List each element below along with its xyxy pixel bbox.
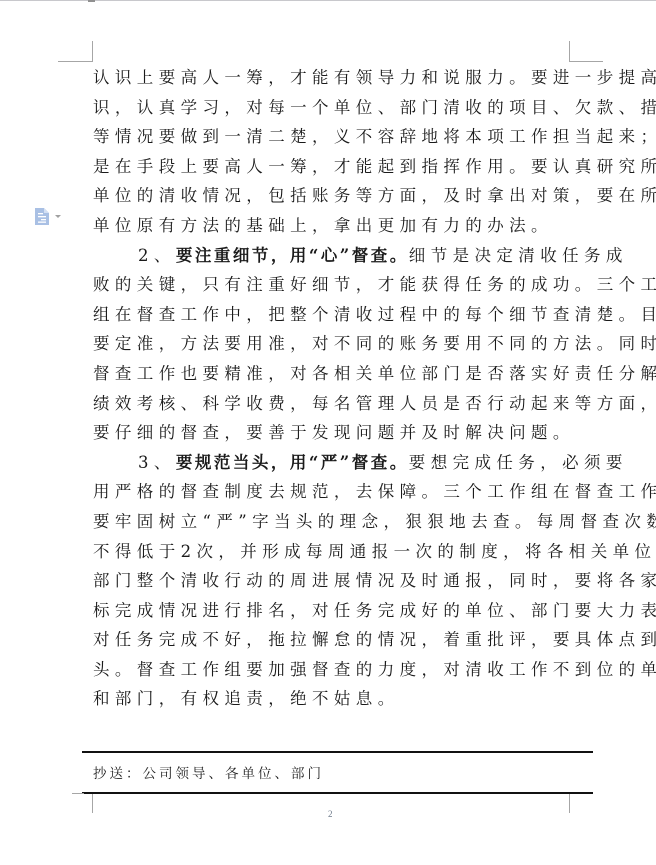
cc-top-rule [82,751,593,753]
text-line: 标完成情况进行排名，对任务完成好的单位、部门要大力表扬， [93,596,583,626]
text-line: 是在手段上要高人一筹，才能起到指挥作用。要认真研究所查 [93,152,583,182]
margin-corner-bottom-left-vertical [92,794,93,813]
text-line-first: 3、要规范当头，用“严”督查。要想完成任务，必须要 [93,448,583,478]
text-line: 单位原有方法的基础上，拿出更加有力的办法。 [93,211,583,241]
paragraph-2: 2、要注重细节，用“心”督查。细节是决定清收任务成 败的关键，只有注重好细节，才… [93,241,583,448]
text-line: 和部门，有权追责，绝不姑息。 [93,684,583,714]
paragraph-1: 认识上要高人一筹，才能有领导力和说服力。要进一步提高认 识，认真学习，对每一个单… [93,63,583,241]
text-line: 等情况要做到一清二楚，义不容辞地将本项工作担当起来；二 [93,122,583,152]
margin-corner-top-right-vertical [569,41,570,61]
text-line: 头。督查工作组要加强督查的力度，对清收工作不到位的单位 [93,655,583,685]
text-line: 识，认真学习，对每一个单位、部门清收的项目、欠款、措施 [93,93,583,123]
section-heading: 要规范当头，用“严”督查。 [176,453,409,472]
document-paste-options-icon[interactable] [35,208,49,225]
text-line: 单位的清收情况，包括账务等方面，及时拿出对策，要在所查 [93,181,583,211]
page-number: 2 [328,809,333,819]
text-line: 要牢固树立“严”字当头的理念，狠狠地去查。每周督查次数 [93,507,583,537]
text-line: 败的关键，只有注重好细节，才能获得任务的成功。三个工作 [93,270,583,300]
text-line: 组在督查工作中，把整个清收过程中的每个细节查清楚。目标 [93,300,583,330]
text-line: 督查工作也要精准，对各相关单位部门是否落实好责任分解、 [93,359,583,389]
item-number: 2、 [138,246,176,265]
paragraph-3: 3、要规范当头，用“严”督查。要想完成任务，必须要 用严格的督查制度去规范，去保… [93,448,583,714]
margin-corner-top-left-vertical [92,41,93,61]
text-line: 不得低于2次，并形成每周通报一次的制度，将各相关单位、 [93,537,583,567]
chevron-down-icon[interactable] [55,215,61,218]
cc-bottom-rule [82,792,593,794]
text-line: 用严格的督查制度去规范，去保障。三个工作组在督查工作中， [93,477,583,507]
text-line: 绩效考核、科学收费，每名管理人员是否行动起来等方面，都 [93,389,583,419]
text-line: 认识上要高人一筹，才能有领导力和说服力。要进一步提高认 [93,63,583,93]
ruler-top-edge [0,0,656,1]
text-line: 部门整个清收行动的周进展情况及时通报，同时，要将各家指 [93,566,583,596]
text-line-first: 2、要注重细节，用“心”督查。细节是决定清收任务成 [93,241,583,271]
section-heading: 要注重细节，用“心”督查。 [176,246,409,265]
item-number: 3、 [138,453,176,472]
margin-corner-bottom-left-horizontal [72,793,84,794]
text-line: 要定准，方法要用准，对不同的账务要用不同的方法。同时， [93,329,583,359]
margin-corner-top-right-horizontal [569,61,603,62]
text-run: 细节是决定清收任务成 [409,246,628,265]
text-line: 要仔细的督查，要善于发现问题并及时解决问题。 [93,418,583,448]
document-body: 认识上要高人一筹，才能有领导力和说服力。要进一步提高认 识，认真学习，对每一个单… [93,63,583,714]
text-run: 要想完成任务，必须要 [409,453,628,472]
text-line: 对任务完成不好，拖拉懈怠的情况，着重批评，要具体点到人 [93,625,583,655]
cc-recipients: 抄送：公司领导、各单位、部门 [93,762,324,782]
margin-corner-top-left-horizontal [58,61,93,62]
margin-corner-bottom-right-vertical [569,794,570,813]
ruler-marker[interactable] [88,0,95,2]
